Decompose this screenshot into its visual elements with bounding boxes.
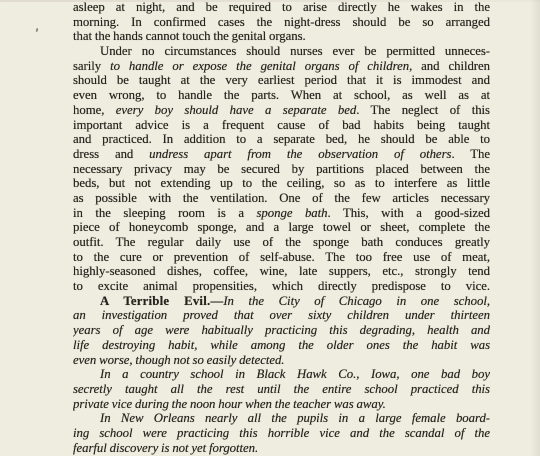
text-run: even wrong, to handle the parts. When at… — [73, 88, 490, 102]
text-line: Under no circumstances should nurses eve… — [73, 44, 490, 59]
text-line: In a country school in Black Hawk Co., I… — [73, 367, 490, 382]
text-line: asleep at night, and be required to aris… — [73, 0, 490, 15]
text-line: and practiced. In addition to a separate… — [73, 132, 490, 147]
italic-run: years of age were habitually practicing … — [73, 323, 490, 337]
text-line: outfit. The regular daily use of the spo… — [73, 235, 490, 250]
text-line: an investigation proved that over sixty … — [73, 308, 490, 323]
text-line: secretly taught all the rest until the e… — [73, 382, 490, 397]
text-run: . The — [451, 147, 490, 161]
text-run: dress and — [73, 147, 149, 161]
text-run: asleep at night, and be required to aris… — [73, 0, 490, 14]
italic-run: an investigation proved that over sixty … — [73, 308, 490, 322]
text-column: asleep at night, and be required to aris… — [73, 0, 490, 455]
italic-run: life destroying habit, while among the o… — [73, 338, 490, 352]
text-run: important advice is a frequent cause of … — [73, 118, 490, 132]
book-page: asleep at night, and be required to aris… — [0, 0, 540, 456]
italic-run: to handle or expose the genital organs o… — [110, 59, 409, 73]
italic-run: In a country school in Black Hawk Co., I… — [100, 367, 490, 381]
italic-run: In New Orleans nearly all the pupils in … — [100, 411, 490, 425]
text-run: , and children — [409, 59, 490, 73]
text-line: to excite animal propensities, which dir… — [73, 279, 490, 294]
text-run: beds, but not extending up to the ceilin… — [73, 176, 490, 190]
italic-run: private vice during the noon hour when t… — [73, 397, 386, 411]
text-line: highly-seasoned dishes, coffee, wine, la… — [73, 264, 490, 279]
text-run: Under no circumstances should nurses eve… — [100, 44, 490, 58]
text-line: piece of honeycomb sponge, and a large t… — [73, 220, 490, 235]
text-line: to the cure or prevention of self-abuse.… — [73, 250, 490, 265]
text-run: should be taught at the very earliest pe… — [73, 73, 490, 87]
text-line: even wrong, to handle the parts. When at… — [73, 88, 490, 103]
text-run: in the sleeping room is a — [73, 206, 257, 220]
text-run: that the hands cannot touch the genital … — [73, 29, 306, 43]
text-line: life destroying habit, while among the o… — [73, 338, 490, 353]
text-line: beds, but not extending up to the ceilin… — [73, 176, 490, 191]
text-run: . The neglect of this — [356, 103, 490, 117]
text-line: years of age were habitually practicing … — [73, 323, 490, 338]
text-run: outfit. The regular daily use of the spo… — [73, 235, 490, 249]
text-run: home, — [73, 103, 116, 117]
text-line: should be taught at the very earliest pe… — [73, 73, 490, 88]
text-run: to excite animal propensities, which dir… — [73, 279, 490, 293]
text-line: in the sleeping room is a sponge bath. T… — [73, 206, 490, 221]
text-line: fearful discovery is not yet forgotten. — [73, 441, 490, 456]
text-run: piece of honeycomb sponge, and a large t… — [73, 220, 490, 234]
text-line: as possible with the ventilation. One of… — [73, 191, 490, 206]
text-line: dress and undress apart from the observa… — [73, 147, 490, 162]
italic-run: every boy should have a separate bed — [116, 103, 356, 117]
text-line: necessary privacy may be secured by part… — [73, 162, 490, 177]
text-line: sarily to handle or expose the genital o… — [73, 59, 490, 74]
text-run: morning. In confirmed cases the night-dr… — [73, 15, 490, 29]
text-line: A Terrible Evil.—In the City of Chicago … — [73, 294, 490, 309]
text-run: highly-seasoned dishes, coffee, wine, la… — [73, 264, 490, 278]
italic-run: secretly taught all the rest until the e… — [73, 382, 490, 396]
text-line: ing school were practicing this horrible… — [73, 426, 490, 441]
text-line: home, every boy should have a separate b… — [73, 103, 490, 118]
italic-run: fearful discovery is not yet forgotten. — [73, 441, 258, 455]
italic-run: sponge bath — [257, 206, 328, 220]
text-run: to the cure or prevention of self-abuse.… — [73, 250, 490, 264]
text-line: important advice is a frequent cause of … — [73, 118, 490, 133]
text-run: as possible with the ventilation. One of… — [73, 191, 490, 205]
text-line: even worse, though not so easily detecte… — [73, 353, 490, 368]
text-run: . This, with a good-sized — [328, 206, 490, 220]
italic-run: ing school were practicing this horrible… — [73, 426, 490, 440]
text-run: and practiced. In addition to a separate… — [73, 132, 490, 146]
text-run: sarily — [73, 59, 110, 73]
italic-run: even worse, though not so easily detecte… — [73, 353, 284, 367]
italic-run: In the City of Chicago in one school, — [223, 294, 490, 308]
ink-speck — [36, 28, 39, 32]
italic-run: undress apart from the observation of ot… — [149, 147, 451, 161]
text-line: In New Orleans nearly all the pupils in … — [73, 411, 490, 426]
text-line: morning. In confirmed cases the night-dr… — [73, 15, 490, 30]
text-line: private vice during the noon hour when t… — [73, 397, 490, 412]
text-line: that the hands cannot touch the genital … — [73, 29, 490, 44]
text-run: necessary privacy may be secured by part… — [73, 162, 490, 176]
heading-run: A Terrible Evil.— — [100, 294, 223, 308]
